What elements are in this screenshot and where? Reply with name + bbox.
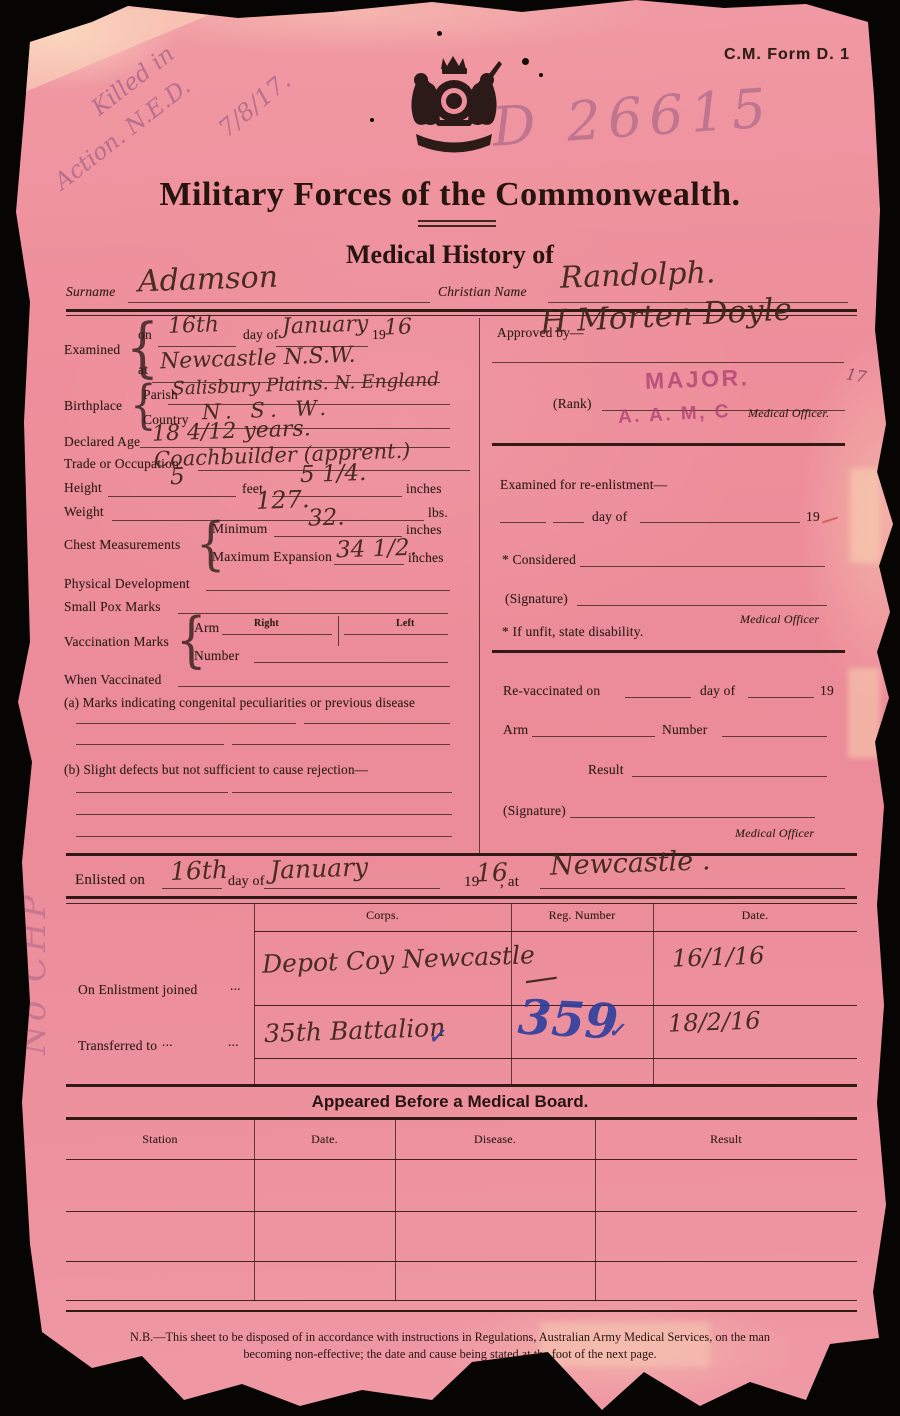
transfer-reg-value: 359 (517, 989, 620, 1050)
footer-note: N.B.—This sheet to be disposed of in acc… (20, 1330, 880, 1345)
enlisted-place-value: Newcastle . (550, 845, 711, 882)
rule (206, 590, 450, 591)
station-header: Station (66, 1132, 254, 1147)
scanned-medical-history-form: C.M. Form D. 1 Killed in Action. N.E.D. … (0, 0, 900, 1416)
rule (640, 522, 800, 523)
day-of-label: day of (228, 874, 265, 890)
clause-a-label: (a) Marks indicating congenital peculiar… (64, 695, 415, 711)
rule (66, 1211, 857, 1212)
date-header: Date. (653, 908, 857, 923)
maximum-label: Maximum Expansion (212, 549, 332, 565)
revaccinated-label: Re-vaccinated on (503, 683, 600, 699)
rule (540, 888, 845, 889)
title-underline (418, 220, 496, 222)
rule (500, 522, 546, 523)
declared-age-label: Declared Age (64, 434, 140, 450)
blue-check-mark: ✓ (608, 1018, 626, 1043)
rank-label: (Rank) (553, 396, 592, 412)
birthplace-label: Birthplace (64, 398, 122, 414)
result-header: Result (595, 1132, 857, 1147)
rule (66, 1117, 857, 1120)
rule (66, 1159, 857, 1160)
rule (128, 302, 430, 303)
rule (232, 744, 450, 745)
torn-edge-highlight (848, 668, 880, 758)
rule (254, 931, 857, 932)
brace-glyph: { (196, 509, 225, 577)
rule (492, 362, 844, 363)
year-label: 19 (806, 509, 820, 525)
rule (532, 736, 655, 737)
number-label: Number (662, 722, 707, 738)
enlistment-corps-value: Depot Coy Newcastle (262, 940, 536, 979)
rule (334, 564, 404, 565)
rule (178, 613, 448, 614)
enlistment-joined-label: On Enlistment joined (78, 982, 198, 998)
physical-development-label: Physical Development (64, 576, 190, 592)
day-of-label: day of (243, 327, 278, 343)
rule (580, 566, 825, 567)
reenlistment-label: Examined for re-enlistment— (500, 477, 667, 493)
rule (66, 1300, 857, 1301)
rule (632, 776, 827, 777)
medical-board-title: Appeared Before a Medical Board. (20, 1092, 880, 1112)
examined-year-value: 16 (384, 315, 413, 341)
chest-label: Chest Measurements (64, 537, 180, 553)
rule (344, 634, 448, 635)
form-number: C.M. Form D. 1 (640, 46, 850, 64)
ink-dot (370, 118, 374, 122)
medical-officer-label: Medical Officer. (748, 406, 829, 421)
arm-label: Arm (194, 620, 219, 636)
rule (222, 634, 332, 635)
rule (254, 1058, 857, 1059)
dots-leader: ... (162, 1034, 173, 1050)
vaccination-label: Vaccination Marks (64, 634, 169, 650)
rule (66, 896, 857, 899)
number-label: Number (194, 648, 239, 664)
transferred-to-label: Transferred to (78, 1038, 157, 1054)
parish-value: Salisbury Plains. N. England (172, 369, 440, 399)
rule (76, 836, 452, 837)
title-underline (418, 225, 496, 227)
rule (570, 817, 815, 818)
examined-day-value: 16th (168, 312, 220, 339)
dots-leader: ... (230, 978, 241, 994)
year-label: 19 (820, 683, 834, 699)
unfit-label: * If unfit, state disability. (502, 624, 643, 640)
rule (76, 723, 296, 724)
result-label: Result (588, 762, 624, 778)
ink-dot (522, 58, 529, 65)
inches-label: inches (406, 481, 442, 497)
footer-note: becoming non-effective; the date and cau… (20, 1347, 880, 1362)
surname-value: Adamson (137, 260, 278, 300)
approving-officer-signature: H Morten Doyle (539, 291, 793, 340)
inches-label: inches (408, 550, 444, 566)
rule (108, 496, 236, 497)
rule (76, 792, 228, 793)
height-label: Height (64, 480, 102, 496)
rule (112, 520, 424, 521)
rule (254, 662, 448, 663)
date-header: Date. (254, 1132, 395, 1147)
reg-number-header: Reg. Number (511, 908, 653, 923)
rule (66, 903, 857, 904)
killed-in-action-date: 7/8/17. (213, 67, 296, 143)
rule (748, 697, 814, 698)
corps-header: Corps. (254, 908, 511, 923)
height-feet-value: 5 (170, 464, 186, 490)
enlisted-on-label: Enlisted on (75, 872, 145, 889)
enlistment-date-value: 16/1/16 (672, 941, 765, 972)
ink-dot (437, 31, 442, 36)
signature-label: (Signature) (505, 591, 568, 607)
rule (162, 888, 222, 889)
signature-label: (Signature) (503, 803, 566, 819)
torn-edge-highlight (850, 468, 880, 563)
chest-min-value: 32. (308, 504, 345, 531)
day-of-label: day of (700, 683, 735, 699)
ink-dot (539, 73, 543, 77)
paper: C.M. Form D. 1 Killed in Action. N.E.D. … (0, 0, 900, 1416)
rule (264, 888, 440, 889)
chest-max-value: 34 1/2. (336, 535, 418, 564)
weight-label: Weight (64, 504, 104, 520)
red-pencil-mark (822, 517, 838, 524)
left-label: Left (396, 618, 415, 629)
examined-label: Examined (64, 342, 120, 358)
rule (76, 744, 224, 745)
left-margin-note: No CHP (14, 891, 54, 1055)
rule (577, 605, 827, 606)
height-inches-value: 5 1/4. (300, 460, 367, 488)
when-vaccinated-label: When Vaccinated (64, 672, 162, 688)
rule (722, 736, 827, 737)
rule (178, 686, 450, 687)
examined-month-value: January (282, 312, 369, 340)
column-divider (479, 318, 480, 855)
rule (232, 792, 452, 793)
rule (492, 443, 845, 446)
page-title: Military Forces of the Commonwealth. (20, 176, 880, 214)
rule (304, 723, 450, 724)
right-margin-mark: 17 (845, 364, 868, 386)
arm-label: Arm (503, 722, 528, 738)
rule (66, 1310, 857, 1312)
surname-label: Surname (66, 284, 115, 300)
clause-b-label: (b) Slight defects but not sufficient to… (64, 762, 368, 778)
rule (553, 522, 584, 523)
right-label: Right (254, 618, 279, 629)
on-label: on (138, 327, 152, 343)
enlisted-month-value: January (270, 852, 369, 884)
day-of-label: day of (592, 509, 627, 525)
christian-name-label: Christian Name (438, 284, 527, 300)
rule (76, 814, 452, 815)
brace-glyph: { (176, 605, 207, 675)
rule (625, 697, 691, 698)
smallpox-label: Small Pox Marks (64, 599, 161, 615)
transfer-date-value: 18/2/16 (668, 1006, 761, 1037)
rank-stamp: MAJOR. (645, 364, 750, 395)
medical-officer-label: Medical Officer (735, 826, 814, 841)
considered-label: * Considered (502, 552, 576, 568)
lbs-label: lbs. (428, 505, 448, 521)
examined-place-value: Newcastle N.S.W. (160, 343, 356, 375)
rule (66, 1261, 857, 1262)
rule (492, 650, 845, 653)
christian-name-value: Randolph. (559, 255, 716, 295)
at-label: , at (500, 874, 519, 891)
minimum-label: Minimum (212, 521, 267, 537)
disease-header: Disease. (395, 1132, 595, 1147)
transfer-corps-value: 35th Battalion (264, 1013, 446, 1048)
weight-value: 127. (256, 485, 310, 515)
dots-leader: ... (228, 1034, 239, 1050)
blue-check-mark: ✓ (428, 1024, 446, 1049)
enlisted-day-value: 16th (170, 855, 229, 886)
medical-officer-label: Medical Officer (740, 612, 819, 627)
rule (66, 1084, 857, 1087)
document-number-pencil: D 26615 (490, 76, 775, 158)
rule (338, 616, 339, 646)
corps-stamp: A. A. M, C (618, 401, 732, 429)
